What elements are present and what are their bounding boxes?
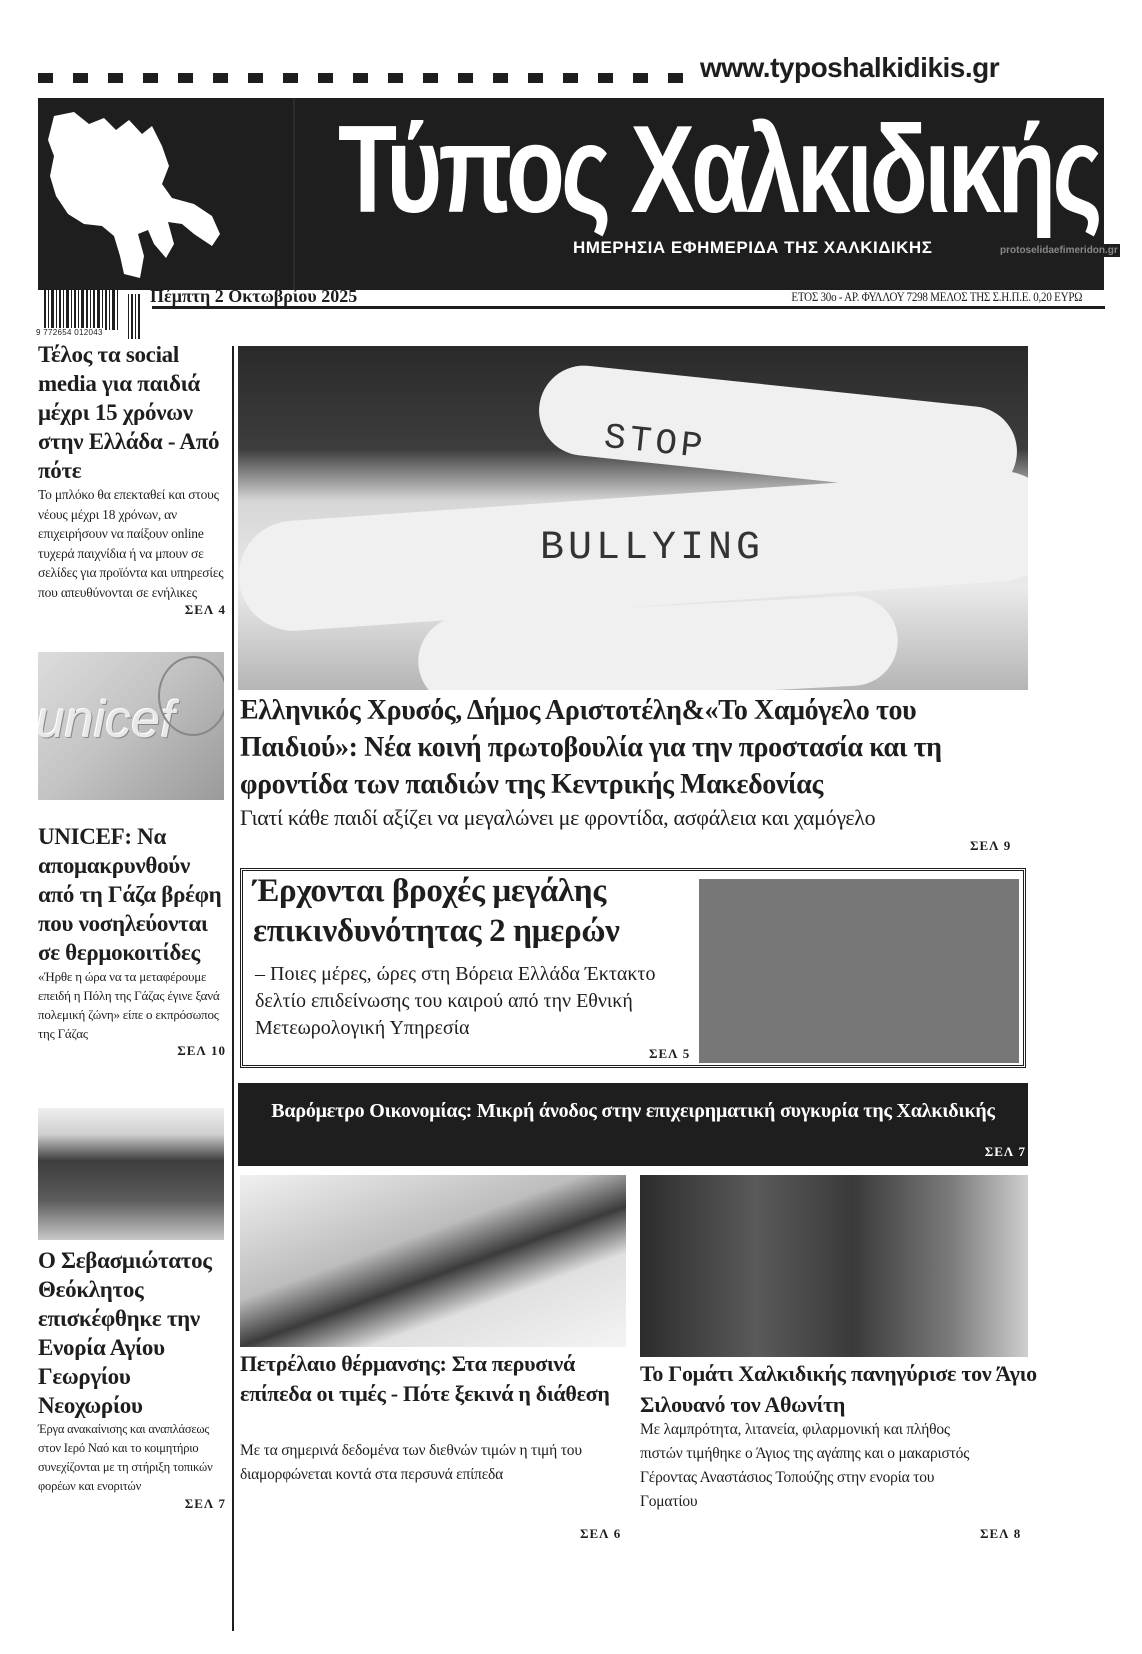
stop-bullying-photo: STOP BULLYING (238, 346, 1028, 690)
main-headline[interactable]: Ελληνικός Χρυσός, Δήμος Αριστοτέλη&«Το Χ… (240, 692, 1040, 803)
story-headline: Ο Σεβασμιώτατος Θεόκλητος επισκέφθηκε τη… (38, 1246, 226, 1420)
story-body: Έργα ανακαίνισης και αναπλάσεως στον Ιερ… (38, 1420, 226, 1496)
page-ref: ΣΕΛ 7 (985, 1144, 1026, 1160)
left-story-social-media[interactable]: Τέλος τα social media για παιδιά μέχρι 1… (38, 340, 226, 618)
page-ref: ΣΕΛ 8 (980, 1526, 1021, 1542)
gomati-body: Με λαμπρότητα, λιτανεία, φιλαρμονική και… (640, 1418, 985, 1514)
main-subheadline: Γιατί κάθε παιδί αξίζει να μεγαλώνει με … (240, 805, 875, 831)
page-ref: ΣΕΛ 10 (38, 1043, 226, 1059)
newspaper-subtitle: ΗΜΕΡΗΣΙΑ ΕΦΗΜΕΡΙΔΑ ΤΗΣ ΧΑΛΚΙΔΙΚΗΣ (573, 238, 932, 258)
page-ref: ΣΕΛ 7 (38, 1496, 226, 1512)
barcode-number: 9 772654 012043 (36, 328, 103, 337)
column-divider (232, 346, 234, 1631)
temple-photo (38, 1108, 224, 1240)
masthead: Τύπος Χαλκιδικής ΗΜΕΡΗΣΙΑ ΕΦΗΜΕΡΙΔΑ ΤΗΣ … (38, 98, 1104, 290)
site-url-link[interactable]: www.typoshalkidikis.gr (700, 52, 999, 84)
issue-date: Πέμπτη 2 Οκτωβρίου 2025 (150, 286, 357, 307)
story-headline: UNICEF: Να απομακρυνθούν από τη Γάζα βρέ… (38, 822, 226, 967)
decorative-dash-line (38, 73, 688, 83)
page-ref: ΣΕΛ 5 (649, 1046, 690, 1062)
rain-umbrella-photo (699, 879, 1019, 1063)
left-story-metropolitan[interactable]: Ο Σεβασμιώτατος Θεόκλητος επισκέφθηκε τη… (38, 1246, 226, 1512)
page-ref: ΣΕΛ 9 (970, 838, 1011, 854)
story-body: «Ήρθε η ώρα να τα μεταφέρουμε επειδή η Π… (38, 967, 226, 1043)
oil-body: Με τα σημερινά δεδομένα των διεθνών τιμώ… (240, 1439, 630, 1487)
unicef-photo: unicef (38, 652, 224, 800)
newspaper-title: Τύπος Χαλκιδικής (338, 102, 1099, 238)
page-ref: ΣΕΛ 6 (580, 1526, 621, 1542)
issue-info: ΕΤΟΣ 30ο - ΑΡ. ΦΥΛΛΟΥ 7298 ΜΕΛΟΣ ΤΗΣ Σ.Η… (791, 289, 1082, 305)
page-ref: ΣΕΛ 4 (38, 602, 226, 618)
story-headline: Τέλος τα social media για παιδιά μέχρι 1… (38, 340, 226, 485)
oil-headline[interactable]: Πετρέλαιο θέρμανσης: Στα περυσινά επίπεδ… (240, 1349, 630, 1409)
masthead-divider (293, 98, 295, 290)
weather-story-box[interactable]: Έρχονται βροχές μεγάλης επικινδυνότητας … (240, 868, 1026, 1068)
date-rule (152, 306, 1105, 309)
unicef-logo-text: unicef (38, 690, 175, 750)
economy-banner[interactable]: Βαρόμετρο Οικονομίας: Μικρή άνοδος στην … (238, 1083, 1028, 1166)
heating-oil-photo (240, 1175, 626, 1347)
watermark-text: protoselidaefimeridon.gr (998, 244, 1120, 257)
story-body: – Ποιες μέρες, ώρες στη Βόρεια Ελλάδα Έκ… (255, 961, 695, 1042)
gomati-headline[interactable]: Το Γομάτι Χαλκιδικής πανηγύρισε τον Άγιο… (640, 1358, 1040, 1420)
unicef-globe-icon (158, 656, 224, 736)
halkidiki-map-icon (44, 106, 284, 281)
story-headline: Έρχονται βροχές μεγάλης επικινδυνότητας … (253, 871, 693, 951)
banner-headline: Βαρόμετρο Οικονομίας: Μικρή άνοδος στην … (238, 1097, 1028, 1125)
story-body: Το μπλόκο θα επεκταθεί και στους νέους μ… (38, 485, 226, 602)
photo-text-bullying: BULLYING (540, 526, 764, 571)
left-story-unicef[interactable]: UNICEF: Να απομακρυνθούν από τη Γάζα βρέ… (38, 822, 226, 1059)
church-festival-photo (640, 1175, 1028, 1357)
